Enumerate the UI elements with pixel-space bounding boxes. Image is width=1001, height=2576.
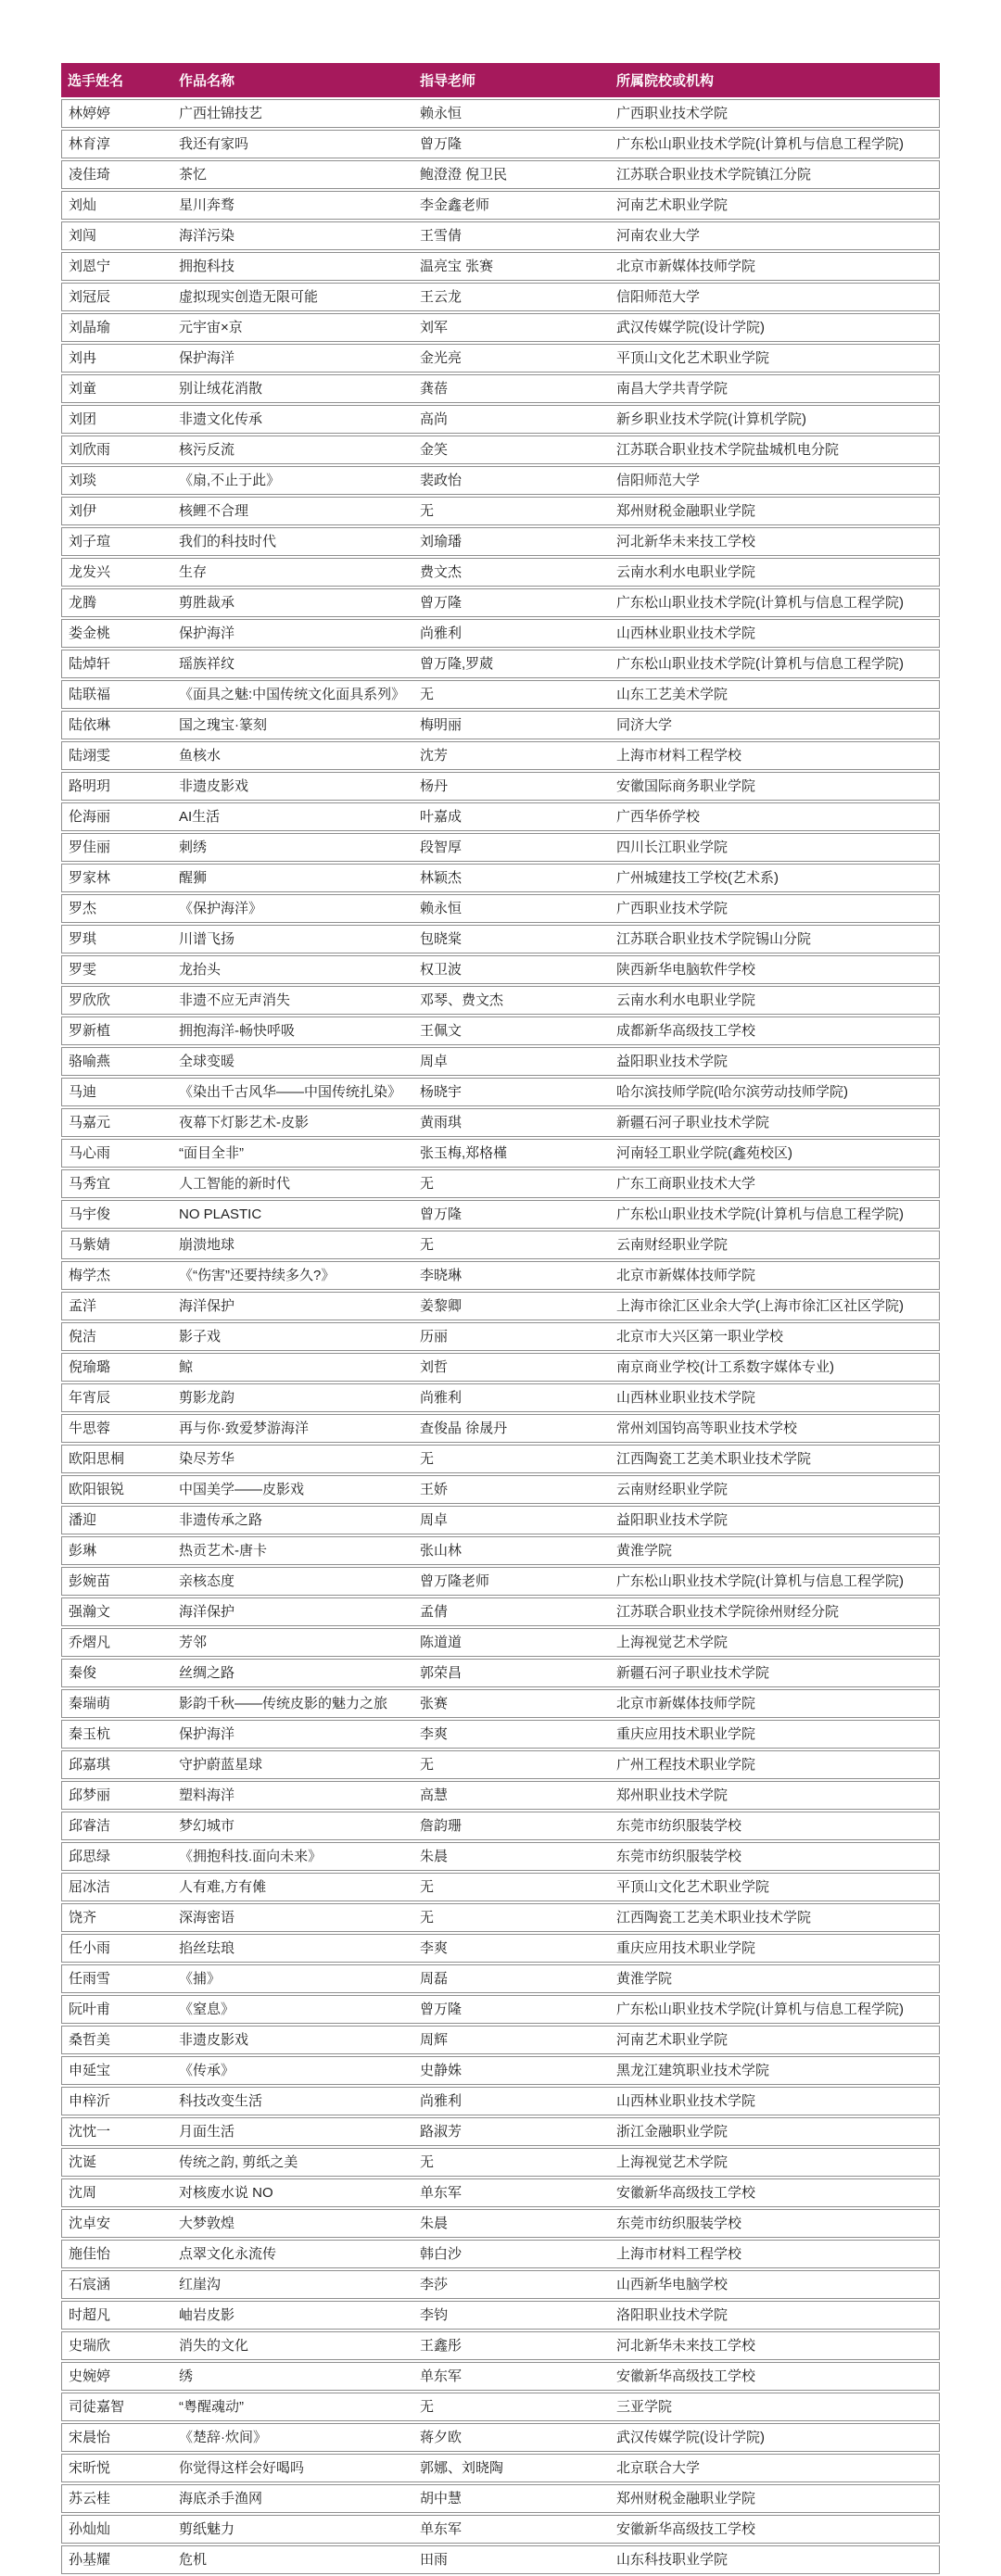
cell-work: “粤醒魂动” [172, 2393, 413, 2421]
cell-name: 沈卓安 [61, 2209, 172, 2238]
table-row: 罗琪川谱飞扬包晓棠江苏联合职业技术学院锡山分院 [61, 925, 940, 953]
cell-name: 时超凡 [61, 2301, 172, 2330]
cell-work: 《扇,不止于此》 [172, 466, 413, 495]
cell-school: 陕西新华电脑软件学校 [610, 955, 940, 984]
cell-work: 茶忆 [172, 160, 413, 189]
table-row: 马紫婧崩溃地球无云南财经职业学院 [61, 1231, 940, 1259]
cell-name: 林婷婷 [61, 99, 172, 128]
cell-name: 娄金桃 [61, 619, 172, 648]
roster-table: 选手姓名 作品名称 指导老师 所属院校或机构 林婷婷广西壮锦技艺赖永恒广西职业技… [61, 61, 940, 2552]
cell-school: 信阳师范大学 [610, 466, 940, 495]
table-row: 强瀚文海洋保护孟倩江苏联合职业技术学院徐州财经分院 [61, 1597, 940, 1626]
cell-work: 《窒息》 [172, 1995, 413, 2024]
cell-school: 江苏联合职业技术学院徐州财经分院 [610, 1597, 940, 1626]
cell-teacher: 无 [413, 1903, 610, 1932]
table-row: 罗佳丽刺绣段智厚四川长江职业学院 [61, 833, 940, 862]
cell-school: 山东工艺美术学院 [610, 680, 940, 709]
cell-work: 科技改变生活 [172, 2087, 413, 2115]
cell-school: 河南轻工职业学院(鑫苑校区) [610, 1139, 940, 1168]
cell-teacher: 无 [413, 497, 610, 525]
table-row: 史婉婷绣单东军安徽新华高级技工学校 [61, 2362, 940, 2391]
cell-name: 宋昕悦 [61, 2454, 172, 2482]
cell-name: 牛思蓉 [61, 1414, 172, 1443]
cell-name: 马嘉元 [61, 1108, 172, 1137]
table-row: 刘晶瑜元宇宙×京刘军武汉传媒学院(设计学院) [61, 313, 940, 342]
cell-teacher: 王佩文 [413, 1017, 610, 1045]
cell-name: 马秀宜 [61, 1169, 172, 1198]
cell-name: 陆依琳 [61, 711, 172, 739]
cell-name: 刘子瑄 [61, 527, 172, 556]
table-row: 孙灿灿剪纸魅力单东军安徽新华高级技工学校 [61, 2515, 940, 2544]
cell-work: 虚拟现实创造无限可能 [172, 283, 413, 311]
table-row: 欧阳思桐染尽芳华无江西陶瓷工艺美术职业技术学院 [61, 1445, 940, 1473]
cell-teacher: 刘哲 [413, 1353, 610, 1382]
cell-teacher: 詹韵珊 [413, 1812, 610, 1840]
cell-school: 山东科技职业学院 [610, 2545, 940, 2552]
cell-name: 沈诞 [61, 2148, 172, 2177]
cell-name: 刘冠辰 [61, 283, 172, 311]
cell-school: 哈尔滨技师学院(哈尔滨劳动技师学院) [610, 1078, 940, 1106]
cell-name: 沈周 [61, 2178, 172, 2207]
cell-school: 北京市新媒体技师学院 [610, 252, 940, 281]
cell-name: 陆翊雯 [61, 741, 172, 770]
table-row: 秦俊丝绸之路郭荣昌新疆石河子职业技术学院 [61, 1659, 940, 1687]
cell-school: 黑龙江建筑职业技术学院 [610, 2056, 940, 2085]
cell-teacher: 王娇 [413, 1475, 610, 1504]
cell-teacher: 费文杰 [413, 558, 610, 587]
cell-teacher: 单东军 [413, 2362, 610, 2391]
cell-teacher: 李爽 [413, 1720, 610, 1749]
cell-name: 路明玥 [61, 772, 172, 801]
table-row: 沈卓安大梦敦煌朱晨东莞市纺织服装学校 [61, 2209, 940, 2238]
table-row: 刘琰《扇,不止于此》裴政怡信阳师范大学 [61, 466, 940, 495]
table-row: 陆焯轩瑶族祥纹曾万隆,罗葳广东松山职业技术学院(计算机与信息工程学院) [61, 650, 940, 678]
cell-work: 龙抬头 [172, 955, 413, 984]
table-row: 沈周对核废水说 NO单东军安徽新华高级技工学校 [61, 2178, 940, 2207]
cell-teacher: 曾万隆 [413, 130, 610, 158]
table-row: 史瑞欣消失的文化王鑫彤河北新华未来技工学校 [61, 2331, 940, 2360]
cell-work: 崩溃地球 [172, 1231, 413, 1259]
table-row: 宋昕悦你觉得这样会好喝吗郭娜、刘晓陶北京联合大学 [61, 2454, 940, 2482]
cell-work: 《楚辞·炊间》 [172, 2423, 413, 2452]
table-header: 选手姓名 作品名称 指导老师 所属院校或机构 [61, 63, 940, 97]
cell-name: 马宇俊 [61, 1200, 172, 1229]
cell-teacher: 梅明丽 [413, 711, 610, 739]
cell-name: 宋晨怡 [61, 2423, 172, 2452]
cell-school: 北京市新媒体技师学院 [610, 1261, 940, 1290]
table-row: 骆喻燕全球变暖周卓益阳职业技术学院 [61, 1047, 940, 1076]
table-row: 马心雨“面目全非”张玉梅,郑格槿河南轻工职业学院(鑫苑校区) [61, 1139, 940, 1168]
cell-work: 核鲤不合理 [172, 497, 413, 525]
cell-school: 安徽新华高级技工学校 [610, 2362, 940, 2391]
cell-work: 瑶族祥纹 [172, 650, 413, 678]
cell-teacher: 曾万隆老师 [413, 1567, 610, 1596]
cell-name: 刘伊 [61, 497, 172, 525]
cell-school: 重庆应用技术职业学院 [610, 1720, 940, 1749]
cell-teacher: 龚蓓 [413, 374, 610, 403]
cell-name: 刘灿 [61, 191, 172, 220]
table-row: 刘童别让绒花消散龚蓓南昌大学共青学院 [61, 374, 940, 403]
cell-school: 河南艺术职业学院 [610, 2026, 940, 2054]
cell-school: 平顶山文化艺术职业学院 [610, 1873, 940, 1901]
cell-teacher: 胡中慧 [413, 2484, 610, 2513]
cell-school: 广西华侨学校 [610, 802, 940, 831]
cell-teacher: 孟倩 [413, 1597, 610, 1626]
column-header-teacher: 指导老师 [413, 63, 610, 97]
cell-school: 广州工程技术职业学院 [610, 1750, 940, 1779]
cell-school: 山西林业职业技术学院 [610, 2087, 940, 2115]
cell-work: 保护海洋 [172, 619, 413, 648]
table-row: 罗新植拥抱海洋-畅快呼吸王佩文成都新华高级技工学校 [61, 1017, 940, 1045]
table-row: 刘子瑄我们的科技时代刘瑜璠河北新华未来技工学校 [61, 527, 940, 556]
cell-school: 上海视觉艺术学院 [610, 2148, 940, 2177]
cell-school: 上海市材料工程学校 [610, 2240, 940, 2268]
cell-school: 南京商业学校(计工系数字媒体专业) [610, 1353, 940, 1382]
cell-work: 星川奔骛 [172, 191, 413, 220]
cell-work: 剪纸魅力 [172, 2515, 413, 2544]
cell-school: 安徽新华高级技工学校 [610, 2515, 940, 2544]
cell-teacher: 王雪倩 [413, 221, 610, 250]
cell-work: 生存 [172, 558, 413, 587]
cell-teacher: 周磊 [413, 1964, 610, 1993]
cell-teacher: 郭娜、刘晓陶 [413, 2454, 610, 2482]
table-row: 欧阳银锐中国美学——皮影戏王娇云南财经职业学院 [61, 1475, 940, 1504]
cell-name: 施佳怡 [61, 2240, 172, 2268]
cell-school: 山西林业职业技术学院 [610, 1383, 940, 1412]
cell-teacher: 赖永恒 [413, 894, 610, 923]
cell-school: 江苏联合职业技术学院镇江分院 [610, 160, 940, 189]
cell-teacher: 朱晨 [413, 2209, 610, 2238]
table-row: 孟洋海洋保护姜黎卿上海市徐汇区业余大学(上海市徐汇区社区学院) [61, 1292, 940, 1320]
cell-work: 亲核态度 [172, 1567, 413, 1596]
cell-school: 云南财经职业学院 [610, 1475, 940, 1504]
table-row: 罗家林醒狮林颖杰广州城建技工学校(艺术系) [61, 864, 940, 892]
cell-school: 江苏联合职业技术学院盐城机电分院 [610, 436, 940, 464]
table-row: 彭琳热贡艺术-唐卡张山林黄淮学院 [61, 1536, 940, 1565]
table-row: 任雨雪《捕》周磊黄淮学院 [61, 1964, 940, 1993]
cell-teacher: 历丽 [413, 1322, 610, 1351]
cell-school: 益阳职业技术学院 [610, 1047, 940, 1076]
cell-work: 我们的科技时代 [172, 527, 413, 556]
table-row: 林婷婷广西壮锦技艺赖永恒广西职业技术学院 [61, 99, 940, 128]
table-row: 罗杰《保护海洋》赖永恒广西职业技术学院 [61, 894, 940, 923]
cell-name: 马迪 [61, 1078, 172, 1106]
cell-teacher: 路淑芳 [413, 2117, 610, 2146]
cell-name: 史婉婷 [61, 2362, 172, 2391]
cell-school: 新疆石河子职业技术学院 [610, 1108, 940, 1137]
table-row: 刘欣雨核污反流金笑江苏联合职业技术学院盐城机电分院 [61, 436, 940, 464]
cell-work: 别让绒花消散 [172, 374, 413, 403]
cell-work: 非遗传承之路 [172, 1506, 413, 1534]
cell-school: 浙江金融职业学院 [610, 2117, 940, 2146]
table-row: 刘伊核鲤不合理无郑州财税金融职业学院 [61, 497, 940, 525]
cell-school: 武汉传媒学院(设计学院) [610, 313, 940, 342]
cell-teacher: 史静姝 [413, 2056, 610, 2085]
cell-name: 邱嘉琪 [61, 1750, 172, 1779]
cell-work: “面目全非” [172, 1139, 413, 1168]
table-row: 刘团非遗文化传承高尚新乡职业技术学院(计算机学院) [61, 405, 940, 434]
cell-school: 东莞市纺织服装学校 [610, 1812, 940, 1840]
table-row: 施佳怡点翠文化永流传韩白沙上海市材料工程学校 [61, 2240, 940, 2268]
cell-work: 保护海洋 [172, 1720, 413, 1749]
cell-name: 任雨雪 [61, 1964, 172, 1993]
cell-work: 国之瑰宝·篆刻 [172, 711, 413, 739]
cell-work: NO PLASTIC [172, 1200, 413, 1229]
cell-name: 刘晶瑜 [61, 313, 172, 342]
cell-teacher: 李晓琳 [413, 1261, 610, 1290]
cell-school: 安徽国际商务职业学院 [610, 772, 940, 801]
cell-work: 拥抱海洋-畅快呼吸 [172, 1017, 413, 1045]
cell-teacher: 沈芳 [413, 741, 610, 770]
cell-teacher: 刘军 [413, 313, 610, 342]
cell-school: 常州刘国钧高等职业技术学校 [610, 1414, 940, 1443]
table-row: 时超凡岫岩皮影李钧洛阳职业技术学院 [61, 2301, 940, 2330]
table-row: 乔熠凡芳邻陈道道上海视觉艺术学院 [61, 1628, 940, 1657]
cell-school: 上海市材料工程学校 [610, 741, 940, 770]
cell-name: 罗家林 [61, 864, 172, 892]
cell-name: 秦俊 [61, 1659, 172, 1687]
cell-name: 倪瑜璐 [61, 1353, 172, 1382]
cell-school: 江苏联合职业技术学院锡山分院 [610, 925, 940, 953]
cell-work: 点翠文化永流传 [172, 2240, 413, 2268]
table-row: 年宵辰剪影龙韵尚雅利山西林业职业技术学院 [61, 1383, 940, 1412]
cell-teacher: 包晓棠 [413, 925, 610, 953]
cell-teacher: 尚雅利 [413, 619, 610, 648]
table-row: 梅学杰《“伤害”还要持续多久?》李晓琳北京市新媒体技师学院 [61, 1261, 940, 1290]
cell-teacher: 金笑 [413, 436, 610, 464]
cell-name: 孙灿灿 [61, 2515, 172, 2544]
table-row: 苏云桂海底杀手渔网胡中慧郑州财税金融职业学院 [61, 2484, 940, 2513]
table-row: 马宇俊NO PLASTIC曾万隆广东松山职业技术学院(计算机与信息工程学院) [61, 1200, 940, 1229]
cell-teacher: 张玉梅,郑格槿 [413, 1139, 610, 1168]
cell-name: 强瀚文 [61, 1597, 172, 1626]
cell-work: 掐丝珐琅 [172, 1934, 413, 1963]
cell-work: 元宇宙×京 [172, 313, 413, 342]
cell-work: 剪胜裁承 [172, 588, 413, 617]
table-row: 邱嘉琪守护蔚蓝星球无广州工程技术职业学院 [61, 1750, 940, 1779]
table-row: 路明玥非遗皮影戏杨丹安徽国际商务职业学院 [61, 772, 940, 801]
cell-work: 《捕》 [172, 1964, 413, 1993]
cell-name: 任小雨 [61, 1934, 172, 1963]
cell-work: 再与你·致爱梦游海洋 [172, 1414, 413, 1443]
cell-teacher: 金光亮 [413, 344, 610, 373]
cell-teacher: 黄雨琪 [413, 1108, 610, 1137]
cell-name: 年宵辰 [61, 1383, 172, 1412]
cell-teacher: 张山林 [413, 1536, 610, 1565]
cell-work: 川谱飞扬 [172, 925, 413, 953]
cell-school: 平顶山文化艺术职业学院 [610, 344, 940, 373]
cell-teacher: 王云龙 [413, 283, 610, 311]
cell-teacher: 叶嘉成 [413, 802, 610, 831]
cell-name: 刘琰 [61, 466, 172, 495]
table-row: 桑哲美非遗皮影戏周辉河南艺术职业学院 [61, 2026, 940, 2054]
table-row: 刘恩宁拥抱科技温亮宝 张赛北京市新媒体技师学院 [61, 252, 940, 281]
cell-school: 洛阳职业技术学院 [610, 2301, 940, 2330]
cell-work: 剪影龙韵 [172, 1383, 413, 1412]
cell-name: 石宸涵 [61, 2270, 172, 2299]
cell-name: 桑哲美 [61, 2026, 172, 2054]
cell-work: 岫岩皮影 [172, 2301, 413, 2330]
cell-work: 塑料海洋 [172, 1781, 413, 1810]
cell-work: 《保护海洋》 [172, 894, 413, 923]
cell-school: 南昌大学共青学院 [610, 374, 940, 403]
table-row: 倪瑜璐鲸刘哲南京商业学校(计工系数字媒体专业) [61, 1353, 940, 1382]
cell-work: 海洋保护 [172, 1292, 413, 1320]
cell-teacher: 段智厚 [413, 833, 610, 862]
cell-work: 非遗皮影戏 [172, 772, 413, 801]
cell-teacher: 尚雅利 [413, 2087, 610, 2115]
cell-work: 月面生活 [172, 2117, 413, 2146]
cell-work: 全球变暖 [172, 1047, 413, 1076]
table-row: 陆联福《面具之魅:中国传统文化面具系列》无山东工艺美术学院 [61, 680, 940, 709]
cell-teacher: 杨丹 [413, 772, 610, 801]
cell-teacher: 刘瑜璠 [413, 527, 610, 556]
cell-name: 彭婉苗 [61, 1567, 172, 1596]
cell-name: 欧阳银锐 [61, 1475, 172, 1504]
cell-name: 邱梦丽 [61, 1781, 172, 1810]
cell-teacher: 曾万隆,罗葳 [413, 650, 610, 678]
cell-school: 郑州财税金融职业学院 [610, 2484, 940, 2513]
cell-school: 东莞市纺织服装学校 [610, 1842, 940, 1871]
cell-work: 梦幻城市 [172, 1812, 413, 1840]
cell-work: 丝绸之路 [172, 1659, 413, 1687]
table-row: 宋晨怡《楚辞·炊间》蒋夕欧武汉传媒学院(设计学院) [61, 2423, 940, 2452]
cell-name: 罗雯 [61, 955, 172, 984]
cell-teacher: 邓琴、费文杰 [413, 986, 610, 1015]
table-row: 沈忱一月面生活路淑芳浙江金融职业学院 [61, 2117, 940, 2146]
table-row: 林育淳我还有家吗曾万隆广东松山职业技术学院(计算机与信息工程学院) [61, 130, 940, 158]
cell-name: 罗欣欣 [61, 986, 172, 1015]
table-row: 邱梦丽塑料海洋高慧郑州职业技术学院 [61, 1781, 940, 1810]
cell-name: 龙腾 [61, 588, 172, 617]
cell-teacher: 周辉 [413, 2026, 610, 2054]
cell-work: 非遗皮影戏 [172, 2026, 413, 2054]
table-row: 饶齐深海密语无江西陶瓷工艺美术职业技术学院 [61, 1903, 940, 1932]
cell-school: 上海市徐汇区业余大学(上海市徐汇区社区学院) [610, 1292, 940, 1320]
cell-work: AI生活 [172, 802, 413, 831]
cell-school: 广东松山职业技术学院(计算机与信息工程学院) [610, 1995, 940, 2024]
cell-teacher: 杨晓宇 [413, 1078, 610, 1106]
cell-teacher: 曾万隆 [413, 588, 610, 617]
cell-teacher: 温亮宝 张赛 [413, 252, 610, 281]
cell-school: 北京联合大学 [610, 2454, 940, 2482]
cell-work: 深海密语 [172, 1903, 413, 1932]
cell-school: 新乡职业技术学院(计算机学院) [610, 405, 940, 434]
cell-school: 广东松山职业技术学院(计算机与信息工程学院) [610, 588, 940, 617]
cell-name: 刘恩宁 [61, 252, 172, 281]
cell-work: 《染出千古风华——中国传统扎染》 [172, 1078, 413, 1106]
table-row: 龙发兴生存费文杰云南水利水电职业学院 [61, 558, 940, 587]
cell-school: 同济大学 [610, 711, 940, 739]
table-row: 刘灿星川奔骛李金鑫老师河南艺术职业学院 [61, 191, 940, 220]
cell-name: 刘闯 [61, 221, 172, 250]
cell-teacher: 无 [413, 1445, 610, 1473]
table-row: 秦瑞萌影韵千秋——传统皮影的魅力之旅张赛北京市新媒体技师学院 [61, 1689, 940, 1718]
cell-work: 核污反流 [172, 436, 413, 464]
table-body: 林婷婷广西壮锦技艺赖永恒广西职业技术学院林育淳我还有家吗曾万隆广东松山职业技术学… [61, 99, 940, 2552]
table-row: 屈冰洁人有难,方有傩无平顶山文化艺术职业学院 [61, 1873, 940, 1901]
cell-school: 广东松山职业技术学院(计算机与信息工程学院) [610, 650, 940, 678]
cell-school: 河北新华未来技工学校 [610, 2331, 940, 2360]
cell-school: 武汉传媒学院(设计学院) [610, 2423, 940, 2452]
table-row: 刘冠辰虚拟现实创造无限可能王云龙信阳师范大学 [61, 283, 940, 311]
cell-school: 黄淮学院 [610, 1536, 940, 1565]
cell-work: 消失的文化 [172, 2331, 413, 2360]
table-row: 娄金桃保护海洋尚雅利山西林业职业技术学院 [61, 619, 940, 648]
table-row: 陆翊雯鱼核水沈芳上海市材料工程学校 [61, 741, 940, 770]
cell-teacher: 赖永恒 [413, 99, 610, 128]
cell-name: 潘迎 [61, 1506, 172, 1534]
cell-school: 黄淮学院 [610, 1964, 940, 1993]
cell-school: 新疆石河子职业技术学院 [610, 1659, 940, 1687]
cell-school: 河南农业大学 [610, 221, 940, 250]
cell-work: 非遗不应无声消失 [172, 986, 413, 1015]
cell-name: 马心雨 [61, 1139, 172, 1168]
cell-name: 林育淳 [61, 130, 172, 158]
cell-teacher: 曾万隆 [413, 1995, 610, 2024]
cell-teacher: 王鑫彤 [413, 2331, 610, 2360]
cell-work: 鲸 [172, 1353, 413, 1382]
table-row: 邱思绿《拥抱科技.面向未来》朱晨东莞市纺织服装学校 [61, 1842, 940, 1871]
cell-teacher: 裴政怡 [413, 466, 610, 495]
cell-work: 鱼核水 [172, 741, 413, 770]
cell-name: 孙基耀 [61, 2545, 172, 2552]
table-row: 潘迎非遗传承之路周卓益阳职业技术学院 [61, 1506, 940, 1534]
table-row: 秦玉杭保护海洋李爽重庆应用技术职业学院 [61, 1720, 940, 1749]
cell-teacher: 尚雅利 [413, 1383, 610, 1412]
cell-teacher: 单东军 [413, 2178, 610, 2207]
cell-teacher: 单东军 [413, 2515, 610, 2544]
cell-name: 马紫婧 [61, 1231, 172, 1259]
cell-name: 司徒嘉智 [61, 2393, 172, 2421]
cell-teacher: 陈道道 [413, 1628, 610, 1657]
cell-work: 中国美学——皮影戏 [172, 1475, 413, 1504]
table-row: 龙腾剪胜裁承曾万隆广东松山职业技术学院(计算机与信息工程学院) [61, 588, 940, 617]
cell-teacher: 无 [413, 1231, 610, 1259]
cell-school: 东莞市纺织服装学校 [610, 2209, 940, 2238]
cell-teacher: 无 [413, 1169, 610, 1198]
column-header-work: 作品名称 [172, 63, 413, 97]
cell-teacher: 无 [413, 1750, 610, 1779]
cell-work: 芳邻 [172, 1628, 413, 1657]
cell-teacher: 蒋夕欧 [413, 2423, 610, 2452]
cell-school: 河南艺术职业学院 [610, 191, 940, 220]
cell-name: 沈忱一 [61, 2117, 172, 2146]
table-row: 陆依琳国之瑰宝·篆刻梅明丽同济大学 [61, 711, 940, 739]
cell-work: 对核废水说 NO [172, 2178, 413, 2207]
cell-teacher: 无 [413, 680, 610, 709]
cell-school: 广东松山职业技术学院(计算机与信息工程学院) [610, 130, 940, 158]
cell-work: 热贡艺术-唐卡 [172, 1536, 413, 1565]
table-row: 伦海丽AI生活叶嘉成广西华侨学校 [61, 802, 940, 831]
cell-school: 重庆应用技术职业学院 [610, 1934, 940, 1963]
cell-work: 大梦敦煌 [172, 2209, 413, 2238]
cell-name: 屈冰洁 [61, 1873, 172, 1901]
cell-teacher: 朱晨 [413, 1842, 610, 1871]
cell-teacher: 权卫波 [413, 955, 610, 984]
cell-name: 伦海丽 [61, 802, 172, 831]
cell-name: 罗琪 [61, 925, 172, 953]
cell-school: 四川长江职业学院 [610, 833, 940, 862]
cell-teacher: 韩白沙 [413, 2240, 610, 2268]
table-row: 邱睿洁梦幻城市詹韵珊东莞市纺织服装学校 [61, 1812, 940, 1840]
cell-name: 申延宝 [61, 2056, 172, 2085]
cell-name: 刘团 [61, 405, 172, 434]
table-row: 申梓沂科技改变生活尚雅利山西林业职业技术学院 [61, 2087, 940, 2115]
cell-teacher: 李钧 [413, 2301, 610, 2330]
table-row: 凌佳琦茶忆鲍澄澄 倪卫民江苏联合职业技术学院镇江分院 [61, 160, 940, 189]
cell-school: 上海视觉艺术学院 [610, 1628, 940, 1657]
